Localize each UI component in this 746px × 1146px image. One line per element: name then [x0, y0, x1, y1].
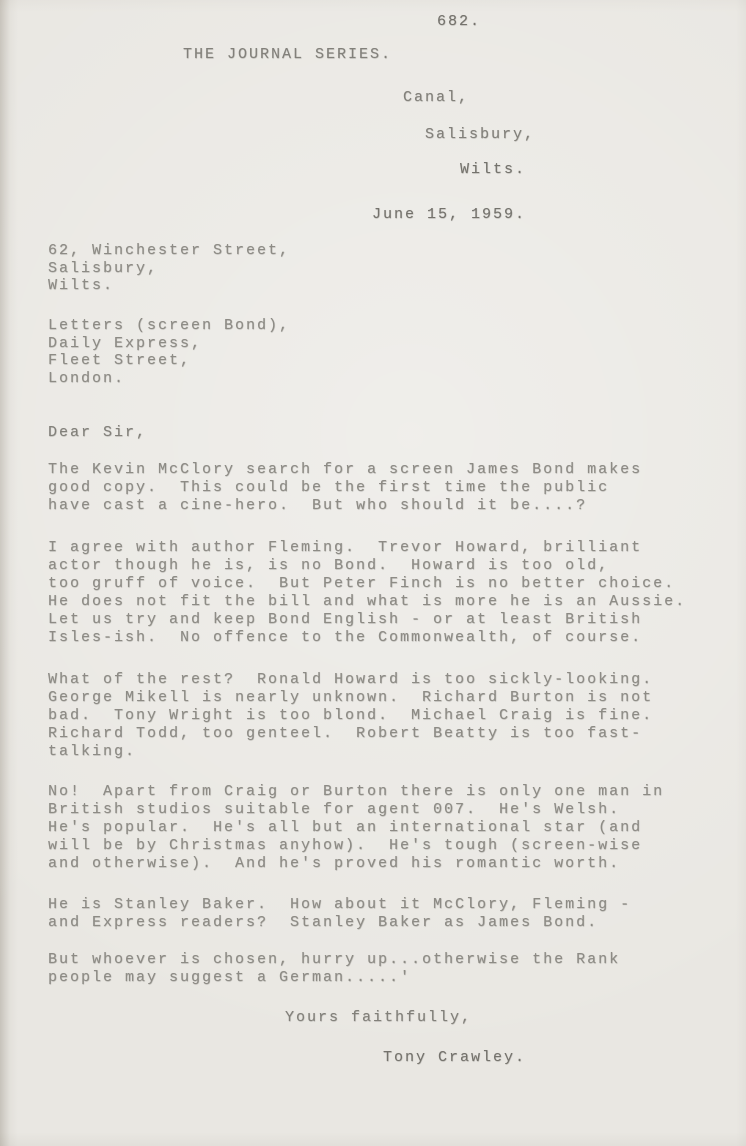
sender-address-line-2: Salisbury, — [425, 126, 535, 144]
letter-paragraph-2: I agree with author Fleming. Trevor Howa… — [48, 539, 686, 647]
letter-paragraph-6: But whoever is chosen, hurry up...otherw… — [48, 951, 620, 987]
letter-paragraph-5: He is Stanley Baker. How about it McClor… — [48, 896, 631, 932]
letter-paragraph-3: What of the rest? Ronald Howard is too s… — [48, 671, 653, 761]
letter-paragraph-4: No! Apart from Craig or Burton there is … — [48, 783, 664, 873]
recipient-address-block: Letters (screen Bond), Daily Express, Fl… — [48, 317, 290, 387]
signature-name: Tony Crawley. — [383, 1049, 526, 1067]
letter-date: June 15, 1959. — [372, 206, 526, 224]
from-address-block: 62, Winchester Street, Salisbury, Wilts. — [48, 242, 290, 295]
valediction: Yours faithfully, — [285, 1009, 472, 1027]
letter-paragraph-1: The Kevin McClory search for a screen Ja… — [48, 461, 642, 515]
sender-address-line-3: Wilts. — [460, 161, 526, 179]
page-number: 682. — [437, 13, 481, 31]
letter-page: 682. THE JOURNAL SERIES. Canal, Salisbur… — [0, 0, 746, 1146]
sender-address-line-1: Canal, — [403, 89, 469, 107]
series-title: THE JOURNAL SERIES. — [183, 46, 392, 64]
salutation: Dear Sir, — [48, 424, 147, 442]
